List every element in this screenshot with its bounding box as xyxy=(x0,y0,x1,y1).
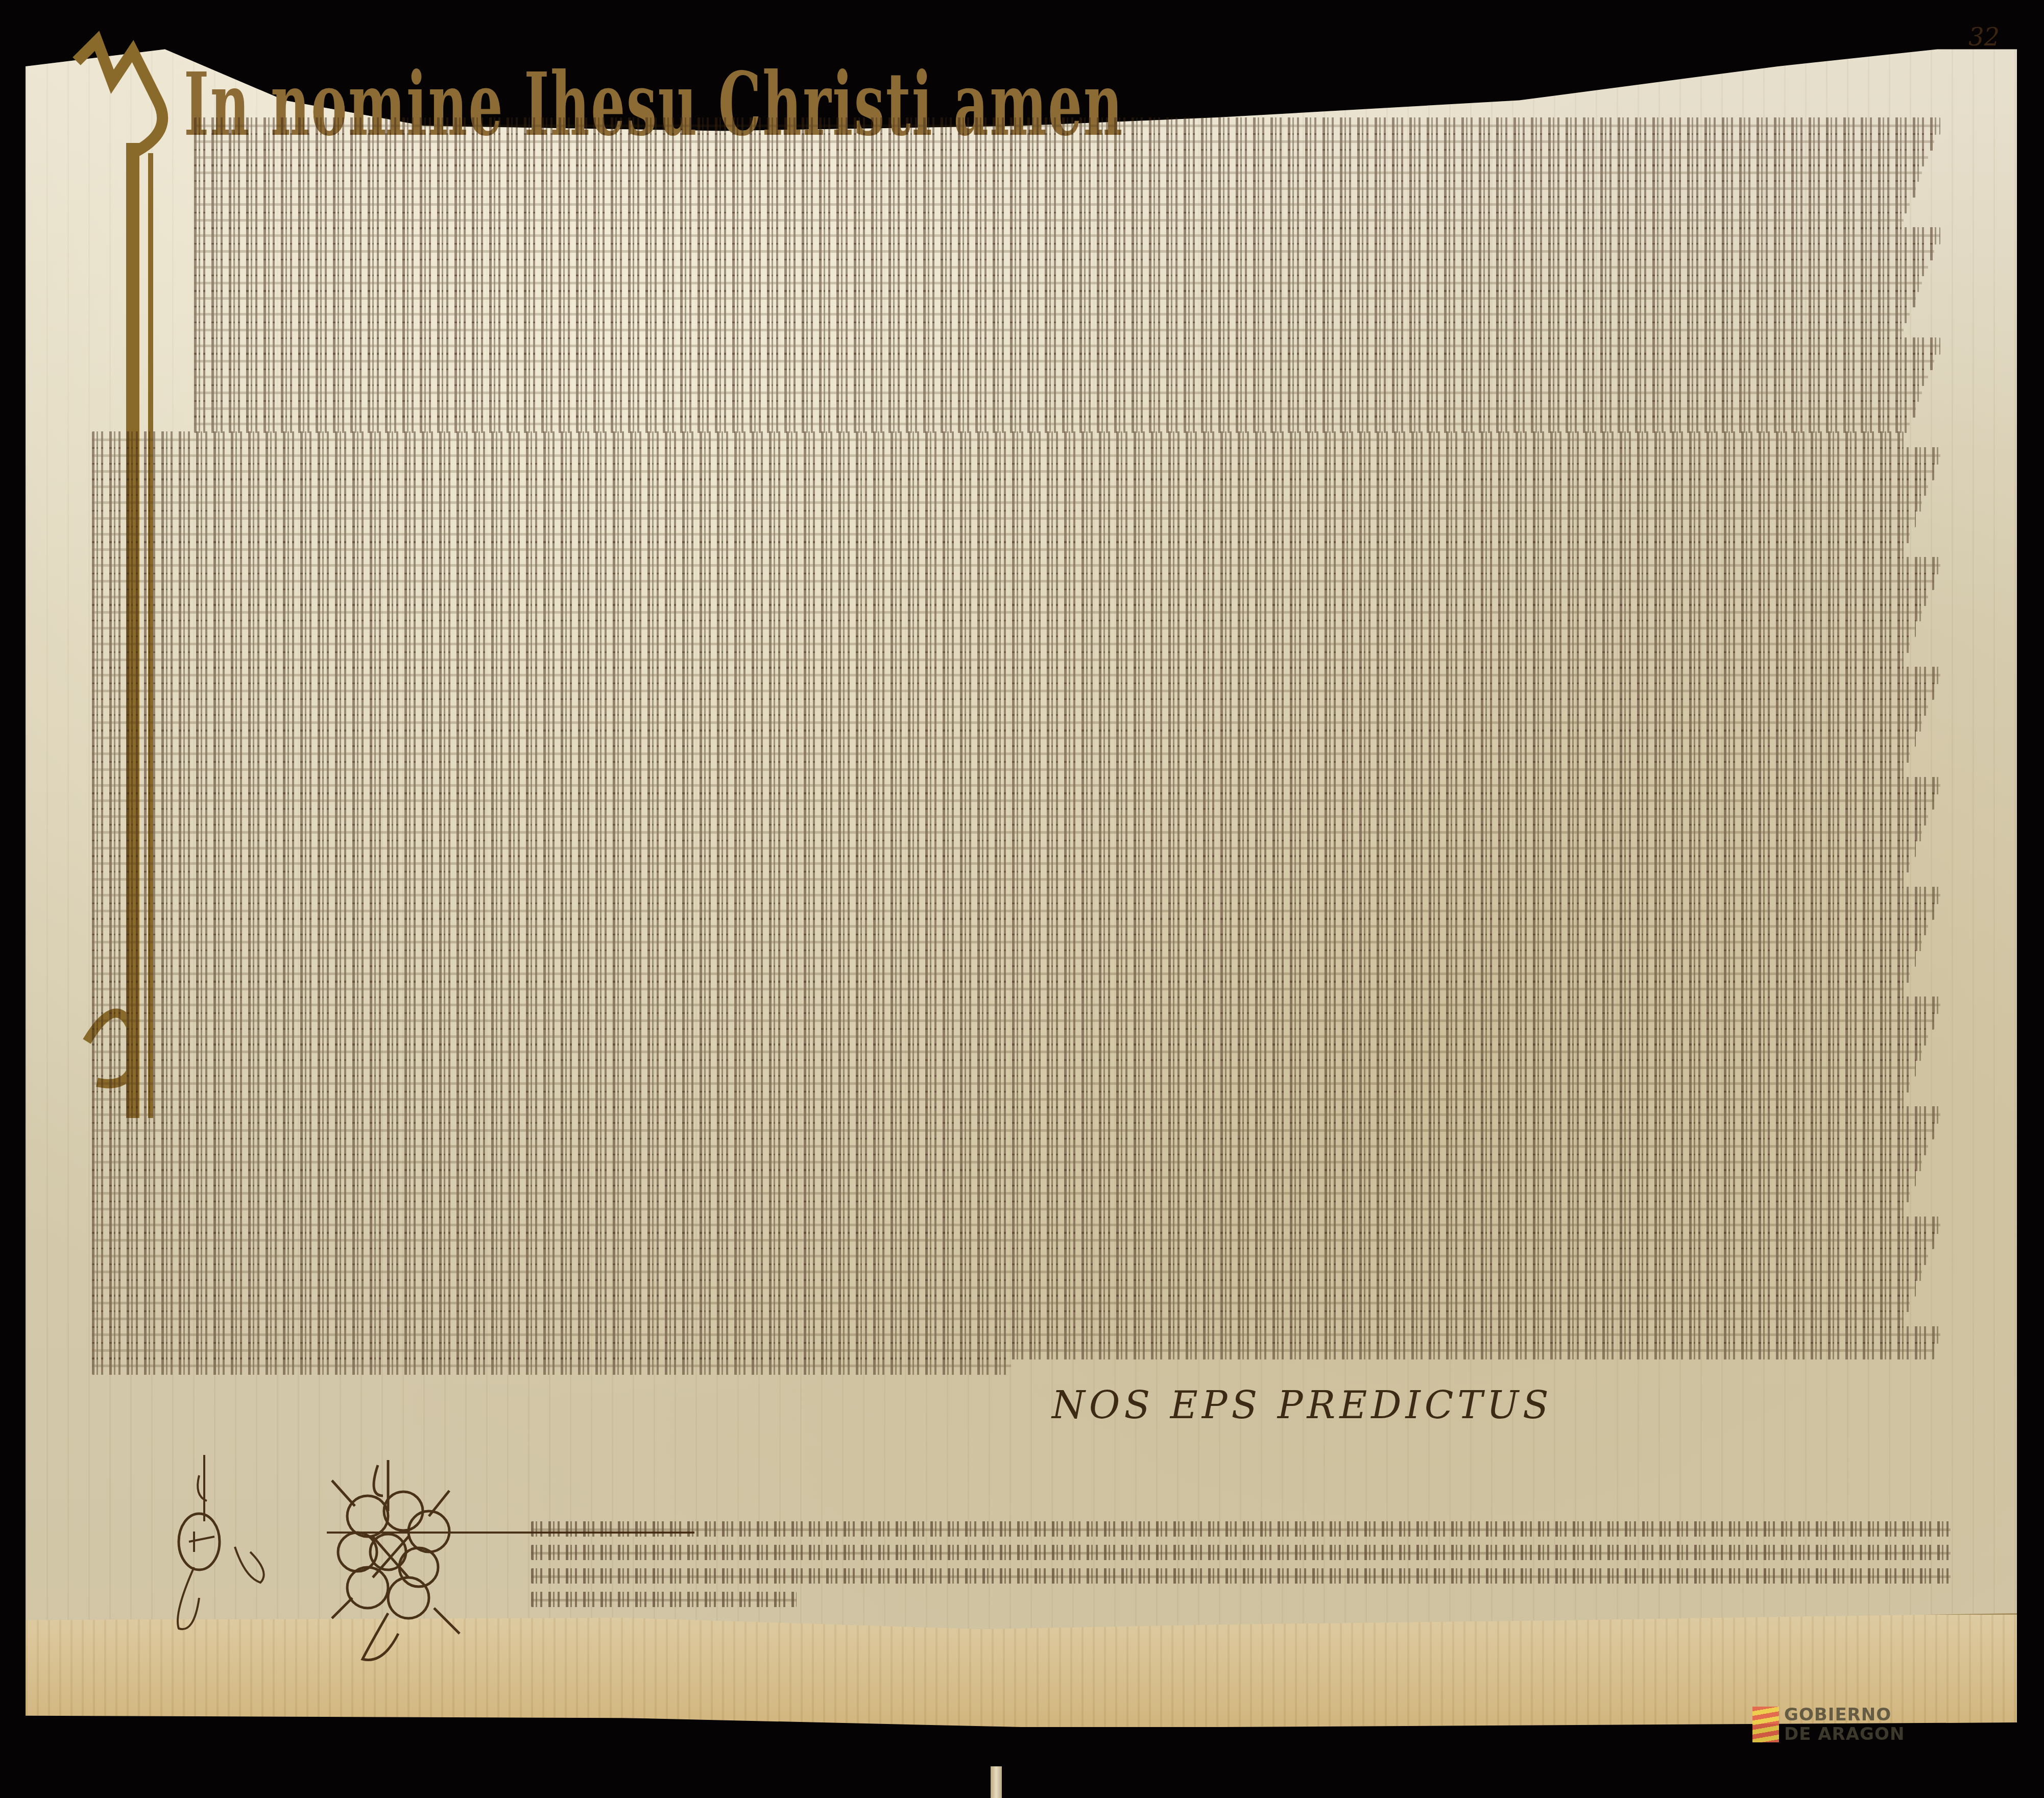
handwritten-line xyxy=(92,824,1922,841)
gobierno-de-aragon-watermark: GOBIERNO DE ARAGON xyxy=(1752,1705,1905,1744)
subscription-line xyxy=(531,1592,797,1607)
handwritten-line xyxy=(92,620,1916,637)
handwritten-line xyxy=(92,745,1910,763)
bishop-signature: NOS EPS PREDICTUS xyxy=(1052,1383,1553,1427)
handwritten-line xyxy=(92,981,1904,998)
handwritten-line xyxy=(92,1091,1904,1108)
handwritten-line xyxy=(92,808,1928,825)
handwritten-line xyxy=(194,227,1940,245)
handwritten-line xyxy=(92,541,1904,558)
handwritten-line xyxy=(92,698,1928,716)
handwritten-line xyxy=(92,1264,1922,1281)
handwritten-line xyxy=(92,494,1922,512)
handwritten-line xyxy=(194,133,1934,151)
handwritten-line xyxy=(92,997,1940,1014)
handwritten-line xyxy=(194,322,1904,339)
watermark-line-1: GOBIERNO xyxy=(1784,1705,1905,1724)
handwritten-line xyxy=(92,965,1910,983)
handwritten-line xyxy=(92,1279,1916,1297)
handwritten-line xyxy=(194,369,1928,386)
handwritten-line xyxy=(194,259,1928,276)
handwritten-line xyxy=(92,1012,1934,1030)
handwritten-line xyxy=(92,792,1934,810)
handwritten-line xyxy=(194,384,1922,402)
subscription-line xyxy=(531,1568,1951,1584)
handwritten-line xyxy=(92,887,1940,904)
handwritten-line xyxy=(92,431,1904,449)
handwritten-line xyxy=(92,1185,1910,1202)
handwritten-line xyxy=(194,275,1922,292)
notary-sign-manual-icon xyxy=(266,1450,531,1669)
handwritten-line xyxy=(92,683,1934,700)
subscription-line xyxy=(531,1521,1951,1537)
handwritten-line xyxy=(92,1154,1922,1171)
handwritten-line xyxy=(92,1310,1904,1328)
handwritten-line xyxy=(92,761,1904,779)
handwritten-line xyxy=(92,573,1934,590)
handwritten-line xyxy=(92,1217,1940,1234)
handwritten-line xyxy=(92,1059,1916,1077)
handwritten-line xyxy=(194,337,1940,355)
handwritten-line xyxy=(92,1295,1910,1312)
handwritten-line xyxy=(92,1232,1934,1249)
handwritten-line xyxy=(194,180,1916,198)
handwritten-line xyxy=(92,557,1940,574)
handwritten-line xyxy=(92,1122,1934,1139)
handwritten-line xyxy=(92,1075,1910,1092)
handwritten-line xyxy=(92,1201,1904,1218)
folio-number: 32 xyxy=(1968,23,2000,52)
handwritten-line xyxy=(92,950,1916,967)
handwritten-line xyxy=(92,871,1904,888)
handwritten-line xyxy=(92,604,1922,621)
handwritten-line xyxy=(92,714,1922,732)
handwritten-line xyxy=(92,463,1934,480)
handwritten-line xyxy=(92,1357,1011,1375)
handwritten-line xyxy=(92,1169,1916,1186)
handwritten-line xyxy=(92,934,1922,951)
handwritten-line xyxy=(92,903,1934,920)
handwritten-line xyxy=(92,510,1916,527)
notarial-subscription-text xyxy=(531,1521,1971,1623)
handwritten-line xyxy=(92,1106,1940,1124)
handwritten-line xyxy=(92,589,1928,606)
handwritten-line xyxy=(194,416,1910,433)
handwritten-line xyxy=(194,400,1916,418)
aragon-flag-icon xyxy=(1752,1707,1779,1742)
handwritten-line xyxy=(194,212,1904,229)
subscription-line xyxy=(531,1545,1951,1560)
handwritten-line xyxy=(92,777,1940,794)
handwritten-line xyxy=(92,667,1940,684)
handwritten-line xyxy=(194,196,1910,213)
handwritten-line xyxy=(194,353,1934,370)
handwritten-line xyxy=(92,730,1916,747)
handwritten-line xyxy=(92,1326,1940,1344)
handwritten-line xyxy=(194,149,1928,166)
handwritten-line xyxy=(194,306,1910,323)
handwritten-line xyxy=(92,1248,1928,1265)
handwritten-line xyxy=(194,290,1916,307)
handwritten-line xyxy=(194,164,1922,182)
handwritten-line xyxy=(92,855,1910,872)
handwritten-line xyxy=(92,918,1928,935)
handwritten-line xyxy=(92,651,1904,669)
handwritten-line xyxy=(92,447,1940,465)
handwritten-line xyxy=(92,840,1916,857)
handwritten-line xyxy=(92,1138,1928,1155)
watermark-line-2: DE ARAGON xyxy=(1784,1724,1905,1744)
seal-tag-strip xyxy=(991,1766,1002,1798)
handwritten-line xyxy=(194,117,1940,135)
handwritten-line xyxy=(92,1342,1934,1359)
charter-body-text xyxy=(92,117,1951,1455)
handwritten-line xyxy=(92,1028,1928,1046)
handwritten-line xyxy=(194,243,1934,260)
handwritten-line xyxy=(92,1043,1922,1061)
handwritten-line xyxy=(92,478,1928,496)
handwritten-line xyxy=(92,526,1910,543)
handwritten-line xyxy=(92,636,1910,653)
